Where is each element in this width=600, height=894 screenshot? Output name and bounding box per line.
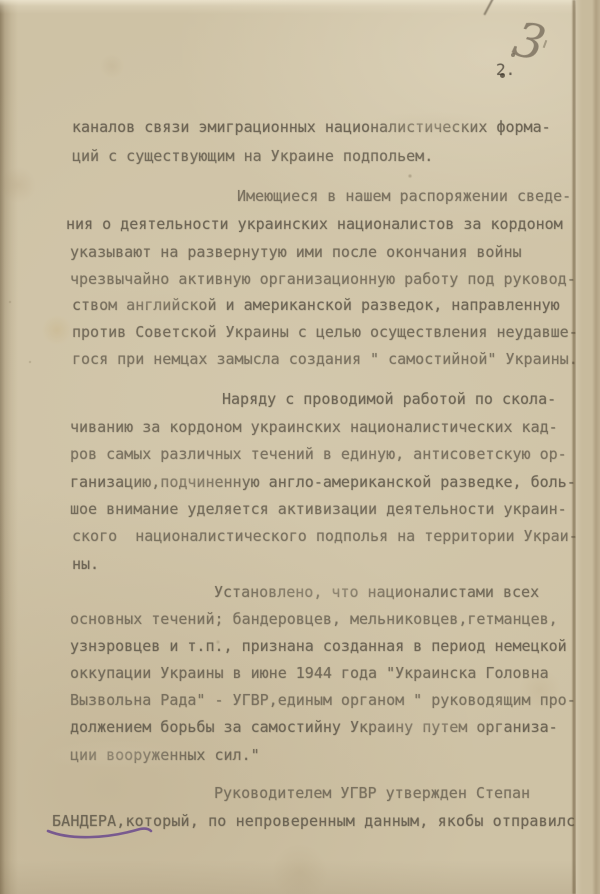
text-line: шое внимание уделяется активизации деяте… bbox=[70, 501, 567, 518]
text-line: узнэровцев и т.п., признана созданная в … bbox=[70, 638, 567, 655]
text-line: каналов связи эмиграционных националисти… bbox=[72, 119, 551, 136]
text-line: ством английской и американской разведок… bbox=[72, 297, 560, 314]
text-line: Установлено, что националистами всех bbox=[214, 584, 539, 601]
adjacent-page-edge bbox=[576, 0, 600, 894]
text-line: ского националистического подполья на те… bbox=[72, 528, 578, 545]
text-line: ния о деятельности украинских националис… bbox=[66, 216, 563, 233]
text-line: Вызвольна Рада" - УГВР,единым органом " … bbox=[70, 692, 576, 709]
text-line: ганизацию,подчиненную англо-американской… bbox=[70, 474, 576, 491]
text-line: гося при немцах замысла создания " самос… bbox=[72, 351, 578, 368]
document-page: 3 2. каналов связи эмиграционных национа… bbox=[0, 0, 600, 894]
text-line: основных течений; бандеровцев, мельников… bbox=[70, 611, 558, 628]
text-line: должением борьбы за самостийну Украину п… bbox=[70, 719, 558, 736]
text-line: против Советской Украины с целью осущест… bbox=[72, 324, 578, 341]
text-line: указывают на развернутую ими после оконч… bbox=[70, 244, 522, 261]
typed-text-block: каналов связи эмиграционных националисти… bbox=[0, 0, 600, 894]
text-line: оккупации Украины в июне 1944 года "Укра… bbox=[70, 665, 549, 682]
underline-path bbox=[48, 829, 151, 838]
text-line: чиванию за кордоном украинских национали… bbox=[70, 419, 558, 436]
bandera-underline-mark bbox=[44, 824, 156, 842]
text-line: ров самых различных течений в единую, ан… bbox=[70, 446, 567, 463]
text-line: ны. bbox=[72, 556, 99, 573]
text-line: Руководителем УГВР утвержден Степан bbox=[214, 785, 530, 802]
text-line: Имеющиеся в нашем распоряжении сведе- bbox=[237, 188, 571, 205]
text-line: ций с существующим на Украине подпольем. bbox=[72, 148, 433, 165]
text-line: чрезвычайно активную организационную раб… bbox=[70, 271, 576, 288]
text-line: ции вооруженных сил." bbox=[70, 747, 260, 764]
text-line: Наряду с проводимой работой по скола- bbox=[222, 391, 556, 408]
